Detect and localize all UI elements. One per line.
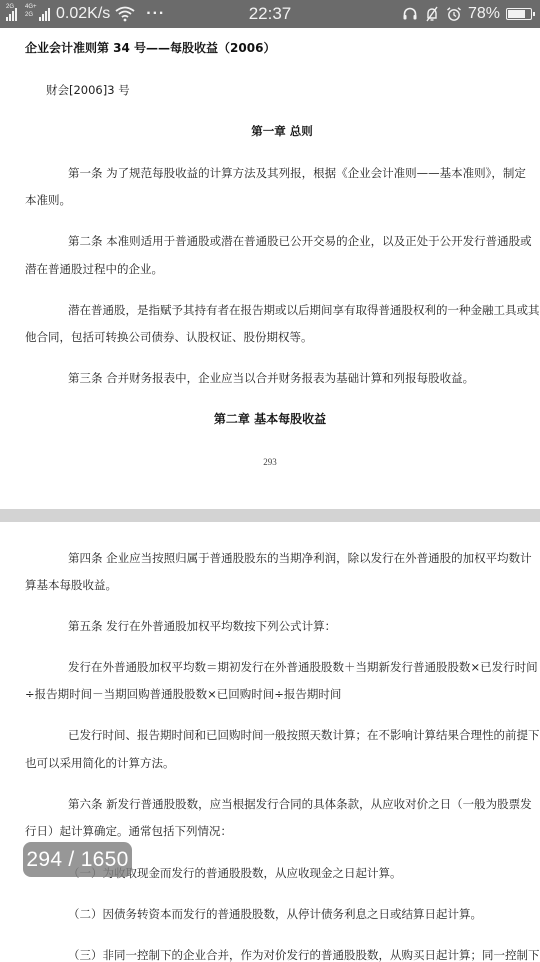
formula-line-2: ÷报告期时间－当期回购普通股股数×已回购时间÷报告期时间	[25, 687, 341, 701]
document-page-294[interactable]: 第四条 企业应当按照归属于普通股股东的当期净利润，除以发行在外普通股的加权平均数…	[0, 522, 540, 960]
chapter-heading-2: 第二章 基本每股收益	[0, 412, 540, 426]
article-2-line-1: 第二条 本准则适用于普通股或潜在普通股已公开交易的企业，以及正处于公开发行普通股…	[68, 234, 532, 248]
article-6-line-2: 行日）起计算确定。通常包括下列情况：	[25, 824, 232, 838]
article-4-line-1: 第四条 企业应当按照归属于普通股股东的当期净利润，除以发行在外普通股的加权平均数…	[68, 551, 532, 565]
article-2-line-2: 潜在普通股过程中的企业。	[25, 262, 163, 276]
article-5: 第五条 发行在外普通股加权平均数按下列公式计算：	[68, 619, 336, 633]
article-6-item-2: （二）因债务转资本而发行的普通股股数，从停计债务利息之日或结算日起计算。	[68, 907, 482, 921]
article-6-item-3: （三）非同一控制下的企业合并，作为对价发行的普通股股数，从购买日起计算；同一控制…	[68, 948, 540, 960]
headset-icon	[402, 6, 418, 22]
chapter-heading-1: 第一章 总则	[0, 124, 540, 138]
article-1-line-1: 第一条 为了规范每股收益的计算方法及其列报，根据《企业会计准则——基本准则》，制…	[68, 166, 526, 180]
page-separator	[0, 509, 540, 522]
document-title: 企业会计准则第 34 号——每股收益（2006）	[25, 41, 275, 55]
document-page-293[interactable]: 企业会计准则第 34 号——每股收益（2006） 财会[2006]3 号 第一章…	[0, 28, 540, 509]
potential-shares-line-2: 他合同，包括可转换公司债券、认股权证、股份期权等。	[25, 330, 313, 344]
battery-percent: 78%	[468, 5, 500, 23]
status-right: 78%	[402, 4, 532, 24]
notifications-off-icon	[424, 6, 440, 22]
document-number: 财会[2006]3 号	[46, 83, 130, 97]
potential-shares-line-1: 潜在普通股，是指赋予其持有者在报告期或以后期间享有取得普通股权利的一种金融工具或…	[68, 303, 540, 317]
page-number: 293	[0, 455, 540, 469]
page-indicator-label: 294 / 1650	[26, 848, 128, 872]
article-1-line-2: 本准则。	[25, 193, 71, 207]
battery-icon	[506, 8, 532, 20]
article-6-line-1: 第六条 新发行普通股股数，应当根据发行合同的具体条款，从应收对价之日（一般为股票…	[68, 797, 532, 811]
formula-line-1: 发行在外普通股加权平均数＝期初发行在外普通股股数＋当期新发行普通股股数×已发行时…	[68, 660, 538, 674]
page-indicator: 294 / 1650	[23, 842, 132, 877]
status-bar: 2G 4G+ 2G 0.02K/s ··· 22:37	[0, 0, 540, 28]
time-note-line-2: 也可以采用简化的计算方法。	[25, 756, 175, 770]
article-3: 第三条 合并财务报表中，企业应当以合并财务报表为基础计算和列报每股收益。	[68, 371, 474, 385]
alarm-icon	[446, 6, 462, 22]
article-4-line-2: 算基本每股收益。	[25, 578, 117, 592]
time-note-line-1: 已发行时间、报告期时间和已回购时间一般按照天数计算；在不影响计算结果合理性的前提…	[68, 728, 540, 742]
